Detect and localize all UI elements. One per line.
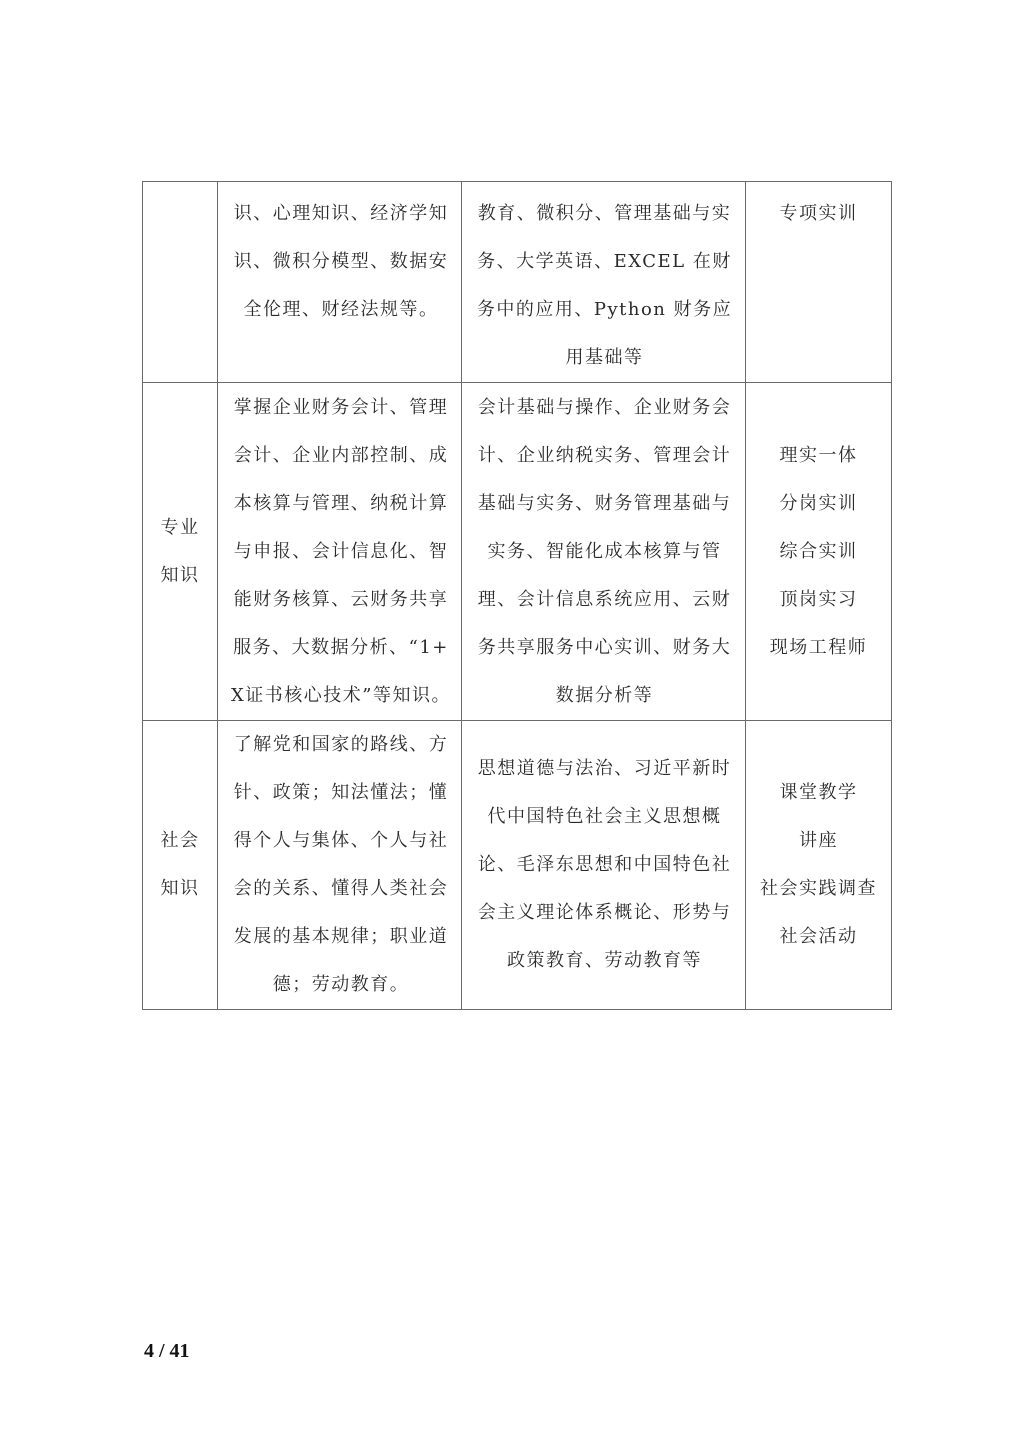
courses-cell: 会计基础与操作、企业财务会计、企业纳税实务、管理会计基础与实务、财务管理基础与实… (462, 383, 746, 721)
courses-cell: 教育、微积分、管理基础与实务、大学英语、EXCEL 在财务中的应用、Python… (462, 182, 746, 383)
knowledge-description-text: 了解党和国家的路线、方针、政策；知法懂法；懂得个人与集体、个人与社会的关系、懂得… (218, 721, 461, 1009)
teaching-method-item: 课堂教学 (746, 769, 891, 817)
category-cell (143, 182, 218, 383)
teaching-method-item: 专项实训 (746, 190, 891, 238)
category-cell: 社会 知识 (143, 721, 218, 1010)
category-label-line: 知识 (143, 865, 217, 913)
page-number: 4 / 41 (144, 1340, 190, 1363)
courses-text: 教育、微积分、管理基础与实务、大学英语、EXCEL 在财务中的应用、Python… (462, 190, 745, 382)
teaching-method-cell: 理实一体 分岗实训 综合实训 顶岗实习 现场工程师 (746, 383, 892, 721)
knowledge-description-cell: 了解党和国家的路线、方针、政策；知法懂法；懂得个人与集体、个人与社会的关系、懂得… (218, 721, 462, 1010)
category-label-line: 社会 (143, 817, 217, 865)
category-label-line: 专业 (143, 504, 217, 552)
teaching-method-item: 综合实训 (746, 528, 891, 576)
teaching-method-item: 现场工程师 (746, 624, 891, 672)
teaching-method-item: 讲座 (746, 817, 891, 865)
knowledge-description-text: 掌握企业财务会计、管理会计、企业内部控制、成本核算与管理、纳税计算与申报、会计信… (218, 384, 461, 720)
knowledge-description-cell: 识、心理知识、经济学知识、微积分模型、数据安全伦理、财经法规等。 (218, 182, 462, 383)
category-cell: 专业 知识 (143, 383, 218, 721)
teaching-method-item: 分岗实训 (746, 480, 891, 528)
teaching-method-item: 理实一体 (746, 432, 891, 480)
knowledge-description-cell: 掌握企业财务会计、管理会计、企业内部控制、成本核算与管理、纳税计算与申报、会计信… (218, 383, 462, 721)
table-row: 社会 知识 了解党和国家的路线、方针、政策；知法懂法；懂得个人与集体、个人与社会… (143, 721, 892, 1010)
teaching-method-cell: 专项实训 (746, 182, 892, 383)
teaching-method-cell: 课堂教学 讲座 社会实践调查 社会活动 (746, 721, 892, 1010)
courses-cell: 思想道德与法治、习近平新时代中国特色社会主义思想概论、毛泽东思想和中国特色社会主… (462, 721, 746, 1010)
courses-text: 会计基础与操作、企业财务会计、企业纳税实务、管理会计基础与实务、财务管理基础与实… (462, 384, 745, 720)
teaching-method-item: 社会活动 (746, 913, 891, 961)
category-label-line: 知识 (143, 552, 217, 600)
table-row: 识、心理知识、经济学知识、微积分模型、数据安全伦理、财经法规等。 教育、微积分、… (143, 182, 892, 383)
teaching-method-item: 顶岗实习 (746, 576, 891, 624)
courses-text: 思想道德与法治、习近平新时代中国特色社会主义思想概论、毛泽东思想和中国特色社会主… (462, 745, 745, 985)
table-row: 专业 知识 掌握企业财务会计、管理会计、企业内部控制、成本核算与管理、纳税计算与… (143, 383, 892, 721)
curriculum-knowledge-table: 识、心理知识、经济学知识、微积分模型、数据安全伦理、财经法规等。 教育、微积分、… (142, 181, 892, 1010)
teaching-method-item: 社会实践调查 (746, 865, 891, 913)
knowledge-description-text: 识、心理知识、经济学知识、微积分模型、数据安全伦理、财经法规等。 (218, 190, 461, 334)
